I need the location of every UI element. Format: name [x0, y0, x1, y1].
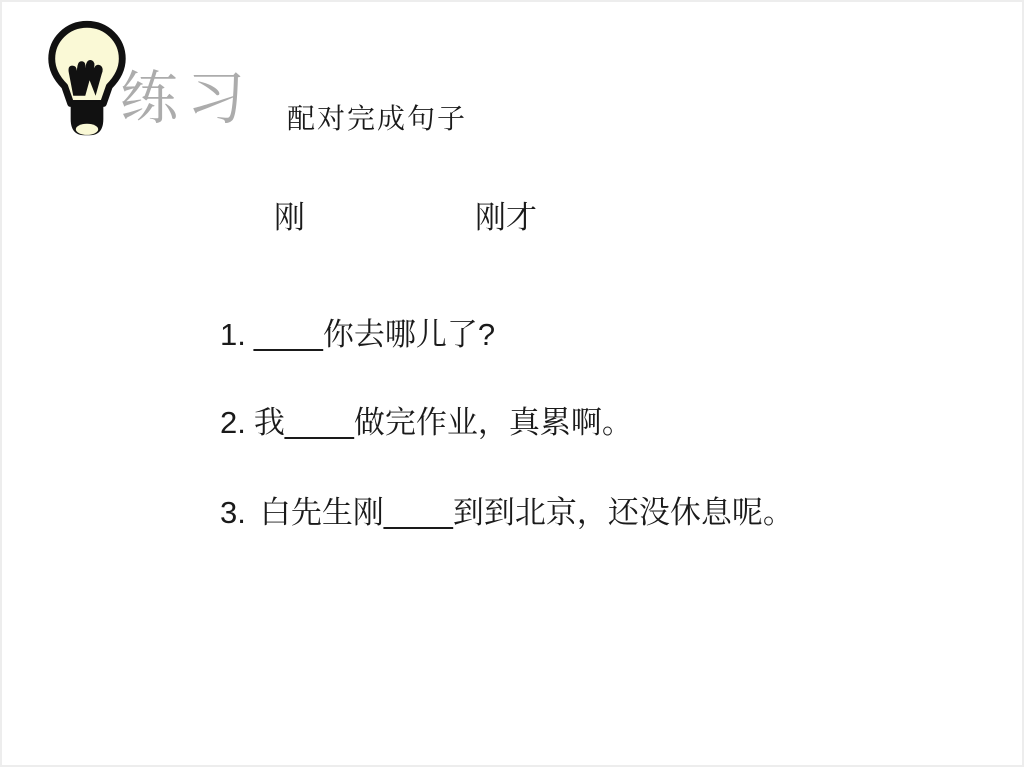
word-option-gangcai: 刚才 [475, 200, 537, 236]
word-option-gang: 刚 [274, 200, 305, 236]
instruction-text: 配对完成句子 [287, 102, 467, 136]
exercise-text: ____你去哪儿了? [254, 317, 495, 352]
exercise-item-2: 2.我____做完作业，真累啊。 [220, 404, 633, 441]
exercise-text: 我____做完作业，真累啊。 [254, 405, 633, 440]
exercise-item-1: 1.____你去哪儿了? [220, 316, 495, 353]
exercise-number: 3. [220, 494, 246, 531]
slide: 练习 配对完成句子 刚 刚才 1.____你去哪儿了? 2.我____做完作业，… [0, 0, 1024, 767]
exercise-number: 2. [220, 404, 246, 441]
page-title: 练习 [120, 64, 254, 134]
exercise-text: 白先生刚____到到北京，还没休息呢。 [260, 495, 794, 530]
word-bank: 刚 刚才 [2, 200, 1022, 240]
lightbulb-icon [44, 18, 130, 152]
exercise-item-3: 3.白先生刚____到到北京，还没休息呢。 [220, 494, 794, 531]
exercise-number: 1. [220, 316, 246, 353]
